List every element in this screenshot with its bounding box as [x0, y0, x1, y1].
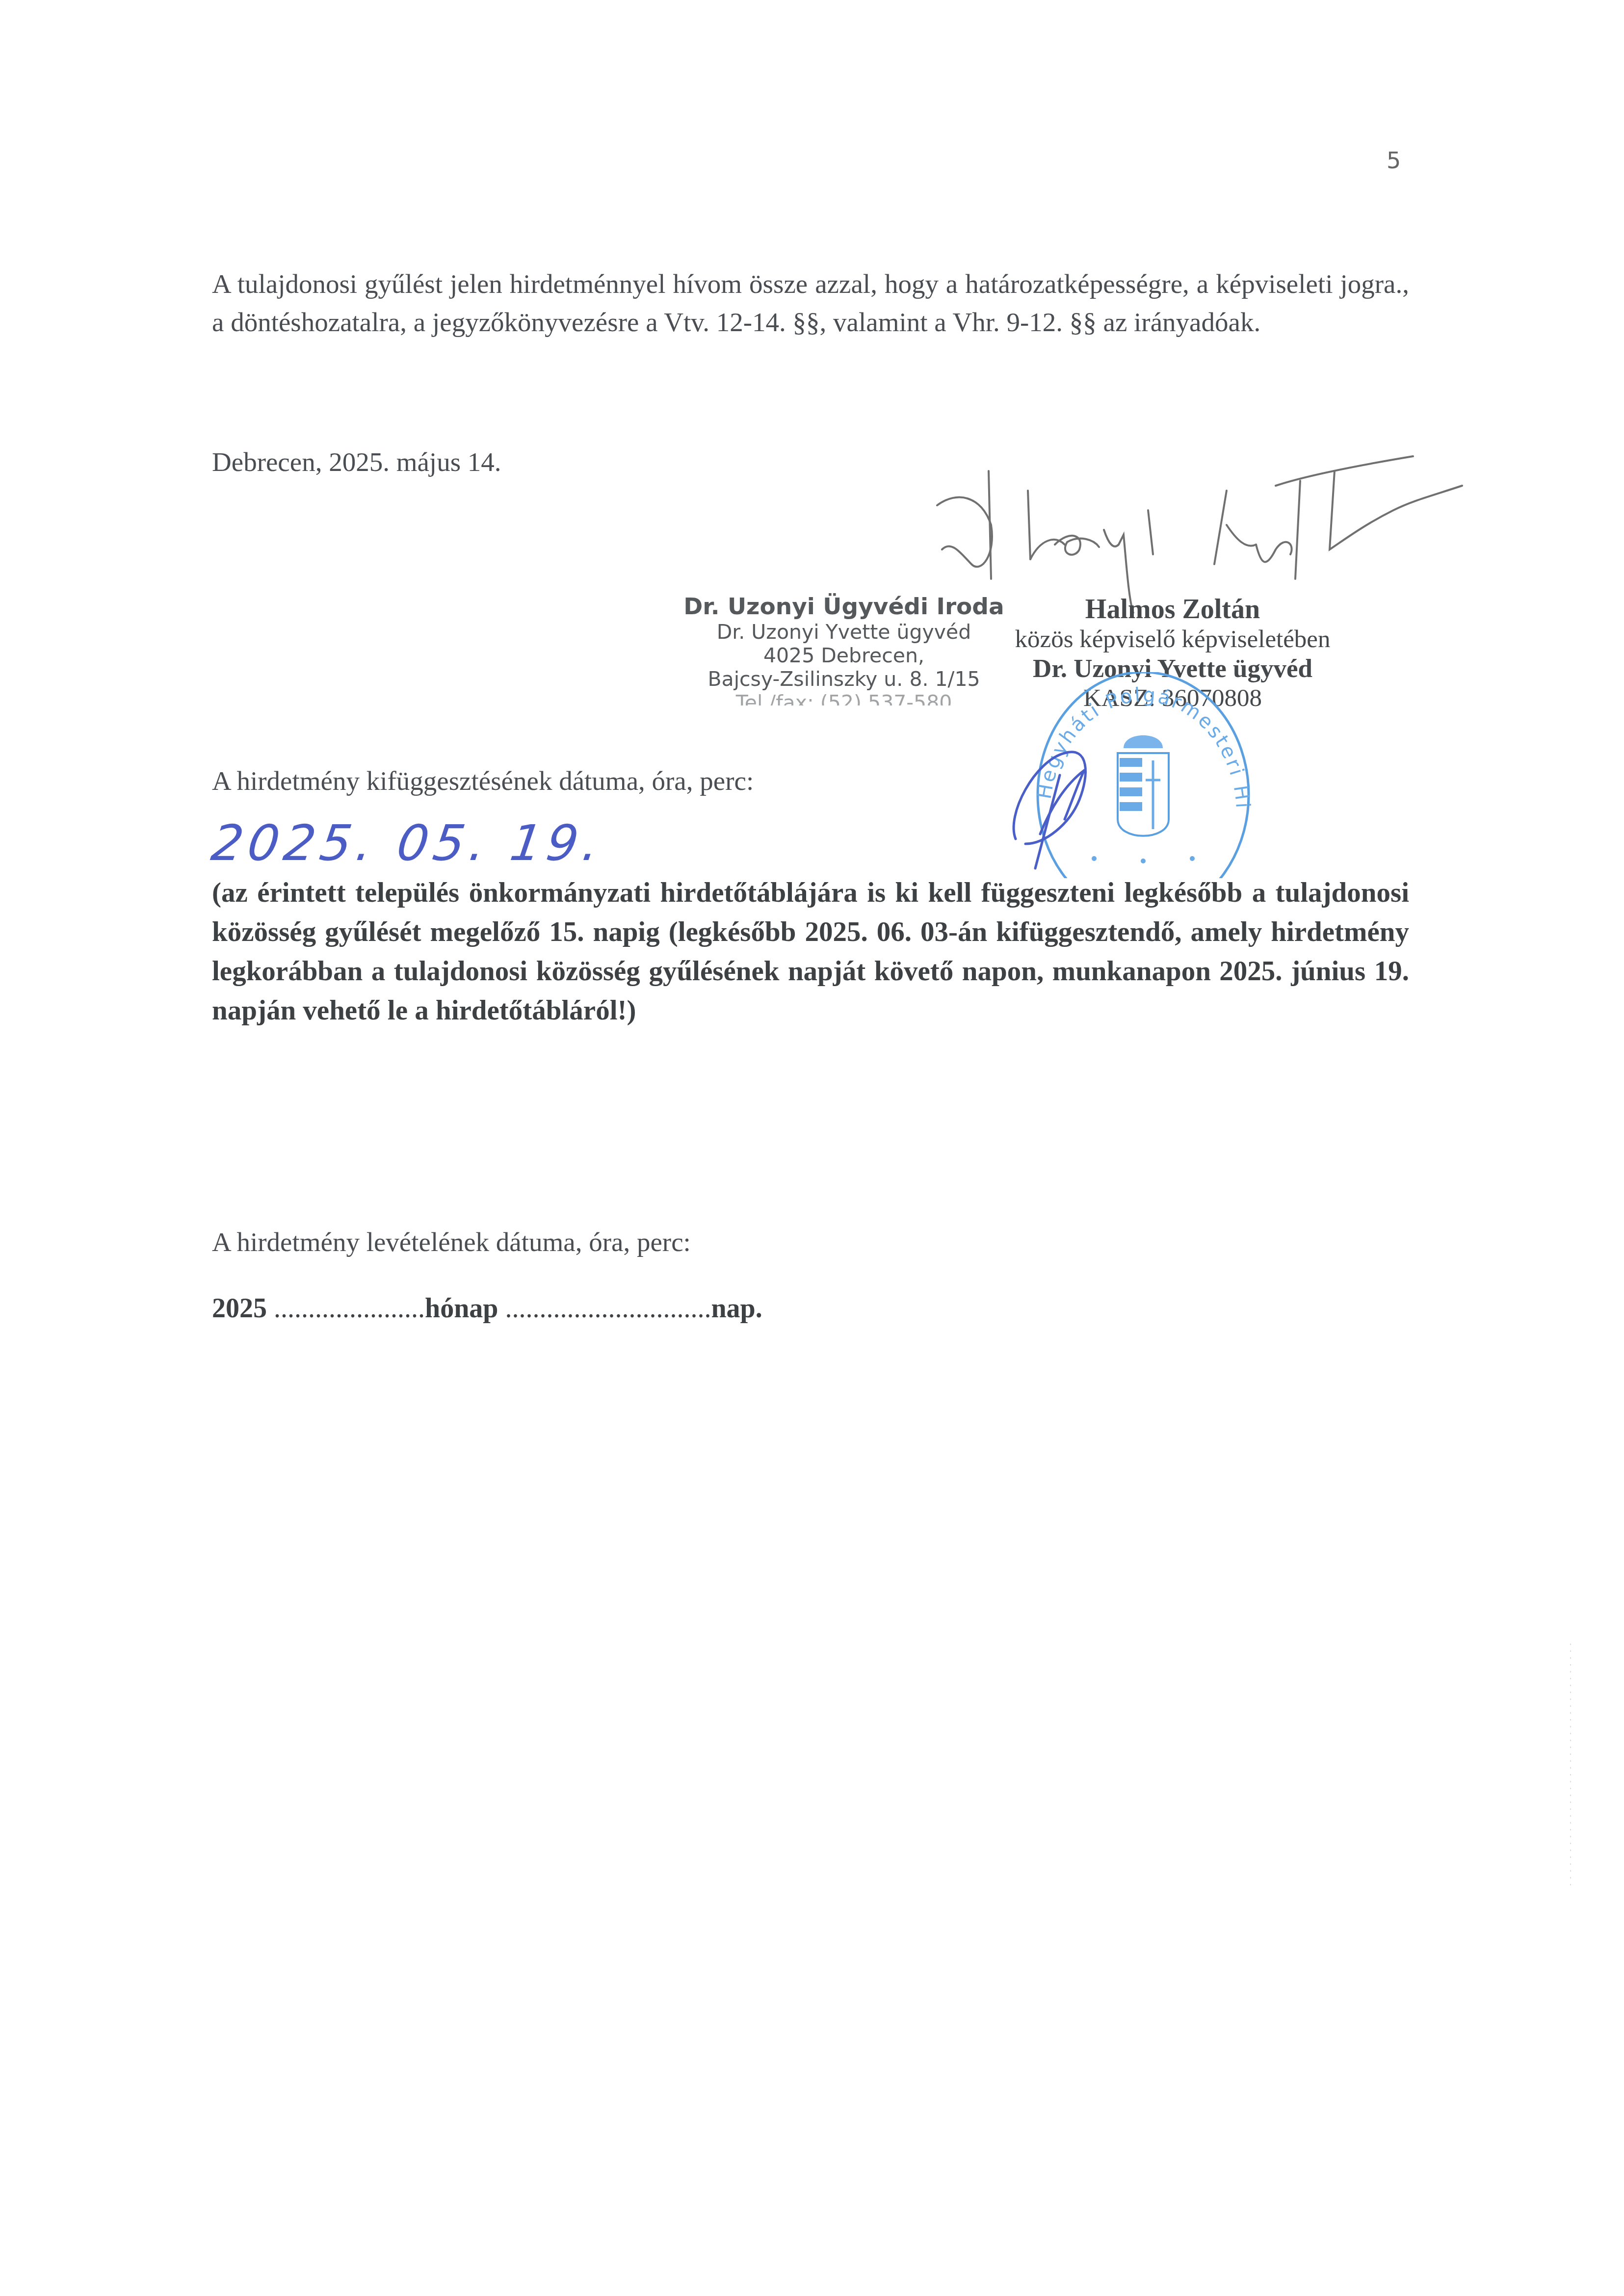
posting-date-handwritten: 2025. 05. 19. [208, 814, 607, 872]
removal-day-word: nap. [711, 1293, 762, 1324]
signature-icon [922, 451, 1536, 613]
page-number: 5 [1387, 147, 1401, 174]
office-stamp: Dr. Uzonyi Ügyvédi Iroda Dr. Uzonyi Yvet… [682, 594, 1006, 705]
representative-role: közös képviselő képviseletében [986, 625, 1359, 653]
intro-paragraph: A tulajdonosi gyűlést jelen hirdetménnye… [212, 265, 1409, 341]
posting-label: A hirdetmény kifüggesztésének dátuma, ór… [212, 765, 754, 796]
place-date: Debrecen, 2025. május 14. [212, 446, 501, 477]
official-seal-icon: Hegyháti Polgármesteri Hivatal [1006, 672, 1281, 878]
office-street: Bajcsy-Zsilinszky u. 8. 1/15 [682, 667, 1006, 691]
removal-month-word: hónap [425, 1293, 498, 1324]
office-name: Dr. Uzonyi Ügyvédi Iroda [682, 594, 1006, 620]
representative-name: Halmos Zoltán [986, 594, 1359, 625]
office-city: 4025 Debrecen, [682, 644, 1006, 667]
removal-year: 2025 [212, 1293, 267, 1324]
removal-date-fill: 2025 ......................hónap .......… [212, 1293, 762, 1324]
removal-day-blank[interactable]: .............................. [505, 1293, 711, 1324]
removal-label: A hirdetmény levételének dátuma, óra, pe… [212, 1226, 691, 1257]
scan-artifact [1570, 1644, 1571, 1889]
office-phone: Tel./fax: (52) 537-580 [682, 691, 1006, 705]
removal-month-blank[interactable]: ...................... [274, 1293, 425, 1324]
office-lawyer: Dr. Uzonyi Yvette ügyvéd [682, 620, 1006, 644]
coat-of-arms-icon [1118, 735, 1169, 836]
posting-note: (az érintett település önkormányzati hir… [212, 873, 1409, 1030]
